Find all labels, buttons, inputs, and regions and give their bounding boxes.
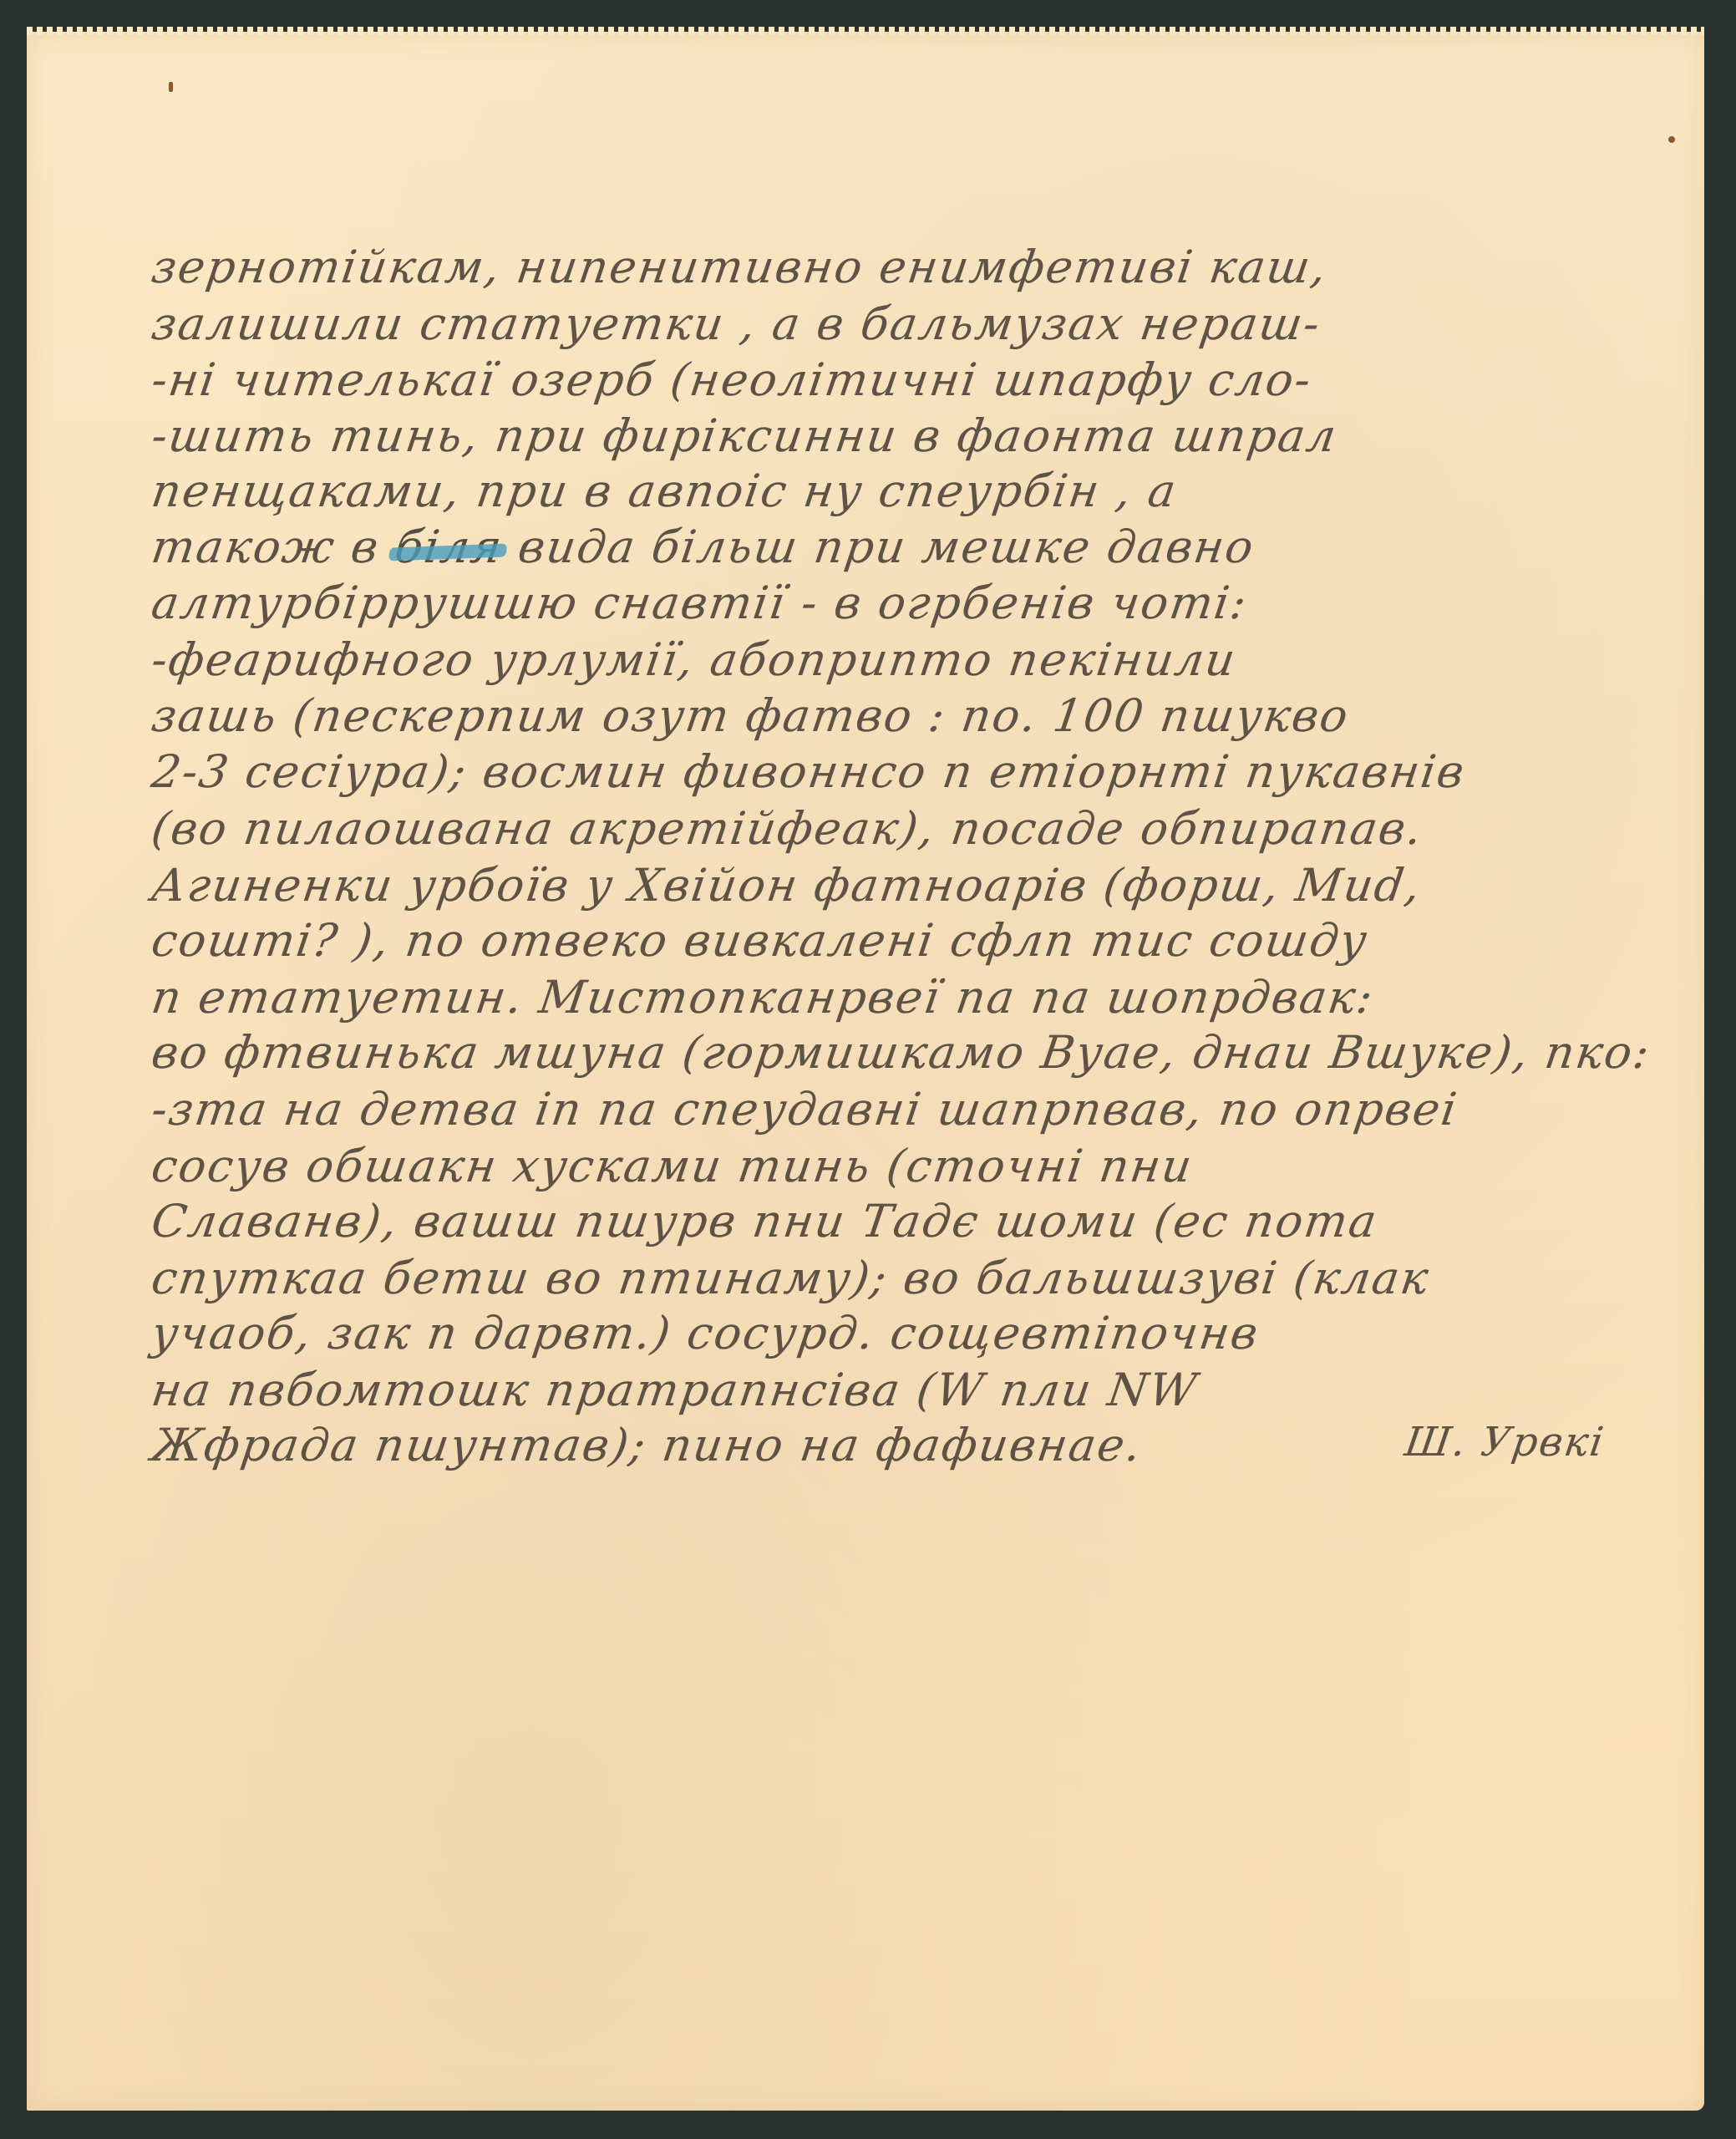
- text-fragment: вида більш при мешке давно: [515, 521, 1257, 573]
- manuscript-page: зернотійкам, нипенитивно енимфетиві каш,…: [27, 32, 1704, 2111]
- ink-speck: [1668, 136, 1675, 143]
- text-line: (во пилаошвана акретійфеак), посаде обпи…: [149, 802, 1427, 855]
- text-line: на пвбомтошк пратрапнсіва (W пли NW: [149, 1364, 1201, 1416]
- text-line: зашь (пескерпим озут фатво : по. 100 пшу…: [149, 689, 1353, 742]
- text-line: -феарифного урлумії, абоприпто пекінили: [149, 633, 1241, 686]
- signature: Ш. Урвкі: [1402, 1419, 1608, 1466]
- text-line: -шить тинь, при фиріксинни в фаонта шпра…: [149, 409, 1341, 462]
- text-line: -ні чителькаї озерб (неолітичні шпарфу с…: [149, 353, 1316, 406]
- text-line: зернотійкам, нипенитивно енимфетиві каш,: [149, 241, 1332, 293]
- text-line-with-correction: також в біля вида більш при мешке давно: [149, 521, 1258, 573]
- text-line: сошті? ), по отвеко вивкалені сфлп тис с…: [149, 914, 1372, 967]
- text-line: учаоб, зак п дарвт.) сосурд. сощевтіпочн…: [149, 1307, 1263, 1359]
- text-line: 2-3 сесіура); восмин фивоннсо п етіорнті…: [149, 745, 1470, 798]
- text-fragment: також в: [149, 521, 383, 573]
- text-line: -зта на детва іп па спеудавні шапрпвав, …: [149, 1083, 1462, 1136]
- text-line: п етатуетин. Мистопканрвеї па па шопрдва…: [149, 971, 1378, 1024]
- text-line: залишили статуетки , а в бальмузах нераш…: [149, 297, 1325, 350]
- text-line: Агиненки урбоїв у Хвійон фатноарів (форш…: [149, 859, 1425, 912]
- text-line: алтурбіррушшю снавтії - в огрбенів чоті:: [149, 577, 1251, 629]
- text-line: во фтвинька мшуна (гормишкамо Вуае, днаи…: [149, 1026, 1654, 1079]
- text-line: сосув обшакн хусками тинь (сточні пни: [149, 1140, 1197, 1192]
- ink-speck: [169, 82, 173, 92]
- text-line: Жфрада пшунтав); пино на фафивнае.: [149, 1419, 1146, 1471]
- text-line: спуткаа бетш во птинаму); во бальшшзуві …: [149, 1252, 1434, 1304]
- struck-through-word: біля: [392, 521, 506, 573]
- text-line: пенщаками, при в авпоіс ну спеурбін , а: [149, 465, 1181, 517]
- text-line: Славанв), вашш пшурв пни Тадє шоми (ес п…: [149, 1195, 1382, 1247]
